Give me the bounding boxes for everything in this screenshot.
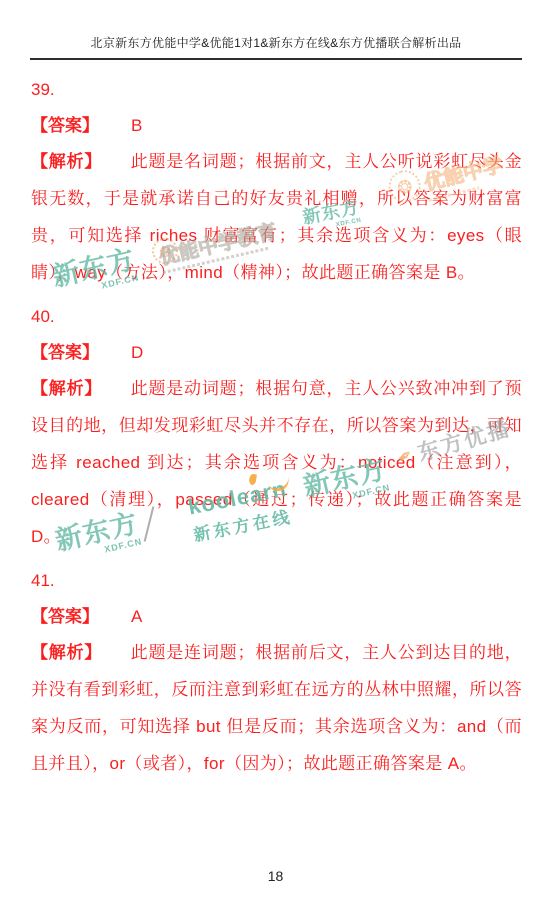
question-section-40: 40. 【答案】D 【解析】此题是动词题；根据句意，主人公兴致冲冲到了预设目的地…	[31, 305, 522, 555]
answer-label: 【答案】	[31, 116, 99, 135]
answer-row: 【答案】B	[31, 114, 522, 138]
question-number: 41.	[31, 569, 522, 593]
answer-row: 【答案】D	[31, 341, 522, 365]
question-number: 40.	[31, 305, 522, 329]
content-area: 39. 【答案】B 【解析】此题是名词题；根据前文，主人公听说彩虹尽头金银无数，…	[31, 64, 522, 782]
question-section-41: 41. 【答案】A 【解析】此题是连词题；根据前后文，主人公到达目的地，并没有看…	[31, 569, 522, 782]
analysis-text: 此题是动词题；根据句意，主人公兴致冲冲到了预设目的地，但却发现彩虹尽头并不存在，…	[31, 379, 522, 546]
page-footer: 18	[0, 868, 551, 884]
analysis-label: 【解析】	[31, 152, 102, 171]
analysis-paragraph: 【解析】此题是名词题；根据前文，主人公听说彩虹尽头金银无数，于是就承诺自己的好友…	[31, 143, 522, 291]
answer-letter: D	[131, 341, 143, 365]
analysis-text: 此题是名词题；根据前文，主人公听说彩虹尽头金银无数，于是就承诺自己的好友贵礼相赠…	[31, 152, 522, 282]
page-header: 北京新东方优能中学&优能1对1&新东方在线&东方优播联合解析出品	[30, 34, 522, 60]
answer-row: 【答案】A	[31, 605, 522, 629]
analysis-label: 【解析】	[31, 643, 102, 662]
header-title: 北京新东方优能中学&优能1对1&新东方在线&东方优播联合解析出品	[30, 34, 522, 51]
analysis-text: 此题是连词题；根据前后文，主人公到达目的地，并没有看到彩虹，反而注意到彩虹在远方…	[31, 643, 522, 773]
question-number: 39.	[31, 78, 522, 102]
analysis-label: 【解析】	[31, 379, 102, 398]
answer-letter: B	[131, 114, 142, 138]
page-number: 18	[0, 868, 551, 884]
analysis-paragraph: 【解析】此题是动词题；根据句意，主人公兴致冲冲到了预设目的地，但却发现彩虹尽头并…	[31, 370, 522, 555]
answer-label: 【答案】	[31, 343, 99, 362]
answer-letter: A	[131, 605, 142, 629]
answer-label: 【答案】	[31, 607, 99, 626]
analysis-paragraph: 【解析】此题是连词题；根据前后文，主人公到达目的地，并没有看到彩虹，反而注意到彩…	[31, 634, 522, 782]
document-page: 北京新东方优能中学&优能1对1&新东方在线&东方优播联合解析出品 39. 【答案…	[0, 0, 551, 900]
question-section-39: 39. 【答案】B 【解析】此题是名词题；根据前文，主人公听说彩虹尽头金银无数，…	[31, 78, 522, 291]
